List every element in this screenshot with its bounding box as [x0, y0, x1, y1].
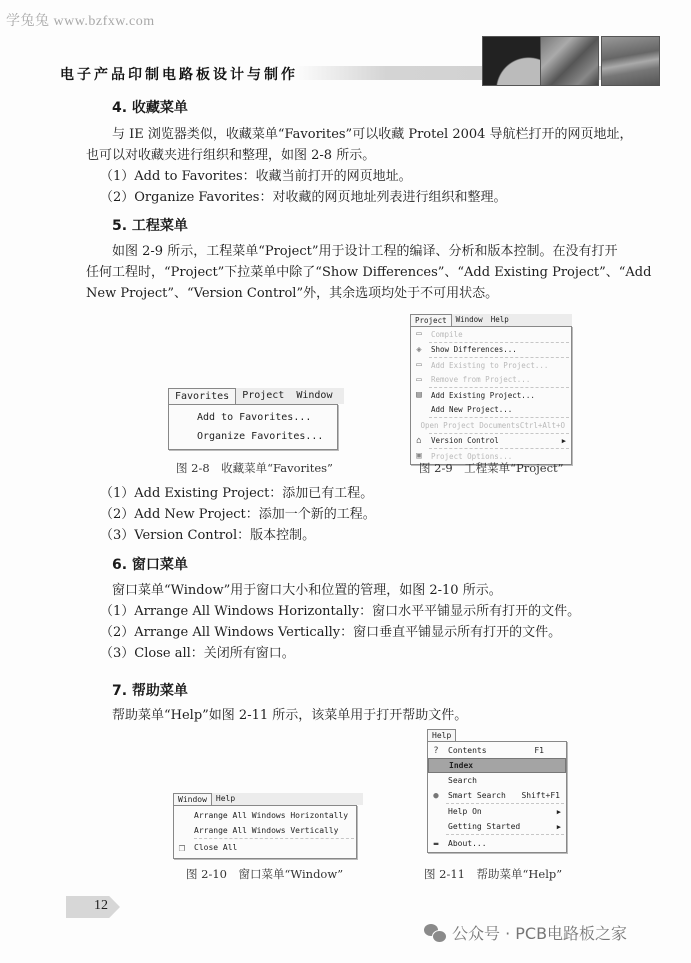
section-4-body: 与 IE 浏览器类似，收藏菜单“Favorites”可以收藏 Protel 20…: [86, 124, 666, 208]
section-5-item-1: （1）Add Existing Project：添加已有工程。: [100, 483, 660, 504]
figure-2-9-project-menu: Project Window Help ▭Compile ◈Show Diffe…: [410, 314, 572, 465]
section-6-item-1: （1）Arrange All Windows Horizontally：窗口水平…: [100, 601, 672, 622]
section-6-item-3: （3）Close all：关闭所有窗口。: [100, 643, 672, 664]
site-watermark: 学兔兔 www.bzfxw.com: [6, 10, 155, 30]
wechat-watermark: 公众号 · PCB电路板之家: [424, 921, 627, 944]
help-dropdown: ?ContentsF1 Index Search ●Smart SearchSh…: [427, 741, 567, 853]
section-6-para: 窗口菜单“Window”用于窗口大小和位置的管理，如图 2-10 所示。: [112, 580, 672, 601]
figure-2-10-window-menu: Window Help Arrange All Windows Horizont…: [173, 793, 363, 859]
section-5-para-line2: 任何工程时，“Project”下拉菜单中除了“Show Differences”…: [86, 262, 666, 283]
menu-item-index[interactable]: Index: [428, 758, 566, 773]
submenu-arrow-icon: ▶: [557, 808, 566, 816]
section-5-item-3: （3）Version Control：版本控制。: [100, 525, 660, 546]
differences-icon: ◈: [411, 345, 427, 355]
book-title: 电子产品印制电路板设计与制作: [60, 64, 298, 84]
menubar: Favorites Project Window: [168, 388, 344, 404]
section-6-heading: 6. 窗口菜单: [112, 554, 188, 574]
figure-2-8-caption: 图 2-8 收藏菜单“Favorites”: [176, 460, 333, 476]
menu-item-organize-favorites[interactable]: Organize Favorites...: [169, 427, 337, 446]
shortcut: Ctrl+Alt+O: [520, 421, 571, 430]
menu-help[interactable]: Help: [487, 314, 513, 326]
satellite-image: [482, 36, 541, 86]
add-existing-project-icon: ▤: [411, 390, 427, 400]
section-4-heading: 4. 收藏菜单: [112, 97, 188, 117]
favorites-dropdown: Add to Favorites... Organize Favorites..…: [168, 404, 338, 450]
menu-item-add-new-project[interactable]: Add New Project...: [411, 403, 571, 418]
menu-item-add-existing-to-project: ▭Add Existing to Project...: [411, 358, 571, 373]
dxp-logo-icon: ▬: [428, 839, 444, 848]
section-4-para-line2: 也可以对收藏夹进行组织和整理，如图 2-8 所示。: [86, 145, 666, 166]
menu-item-help-on[interactable]: Help On▶: [428, 804, 566, 819]
menu-item-remove-from-project: ▭Remove from Project...: [411, 373, 571, 388]
section-5-body: 如图 2-9 所示，工程菜单“Project”用于设计工程的编译、分析和版本控制…: [86, 241, 666, 304]
figure-2-11-help-menu: Help ?ContentsF1 Index Search ●Smart Sea…: [427, 729, 569, 853]
menu-window[interactable]: Window: [173, 793, 212, 805]
menubar: Window Help: [173, 793, 363, 805]
menu-favorites[interactable]: Favorites: [168, 388, 236, 404]
help-book-icon: ?: [428, 746, 444, 756]
menu-window[interactable]: Window: [452, 314, 487, 326]
compile-icon: ▭: [411, 329, 427, 339]
window-dropdown: Arrange All Windows Horizontally Arrange…: [173, 805, 357, 859]
menu-item-contents[interactable]: ?ContentsF1: [428, 743, 566, 758]
section-5-items: （1）Add Existing Project：添加已有工程。 （2）Add N…: [100, 483, 660, 546]
menu-item-arrange-horizontally[interactable]: Arrange All Windows Horizontally: [174, 808, 356, 823]
great-wall-image: [540, 36, 599, 86]
menu-project[interactable]: Project: [236, 388, 290, 404]
figure-2-9-caption: 图 2-9 工程菜单“Project”: [419, 460, 564, 476]
section-5-heading: 5. 工程菜单: [112, 215, 188, 235]
menu-item-getting-started[interactable]: Getting Started▶: [428, 819, 566, 834]
page-number-tab: [66, 896, 120, 918]
smart-search-icon: ●: [428, 791, 444, 801]
add-existing-to-project-icon: ▭: [411, 360, 427, 370]
section-4-item-1: （1）Add to Favorites：收藏当前打开的网页地址。: [86, 166, 666, 187]
section-5-item-2: （2）Add New Project：添加一个新的工程。: [100, 504, 660, 525]
page-number: 12: [94, 898, 108, 914]
close-all-icon: ❐: [174, 841, 190, 854]
menu-item-smart-search[interactable]: ●Smart SearchShift+F1: [428, 788, 566, 803]
figure-2-11-caption: 图 2-11 帮助菜单“Help”: [424, 866, 562, 882]
menu-project[interactable]: Project: [410, 314, 452, 326]
section-6-body: 窗口菜单“Window”用于窗口大小和位置的管理，如图 2-10 所示。 （1）…: [112, 580, 672, 664]
menu-item-version-control[interactable]: ⌂Version Control▶: [411, 434, 571, 449]
bullet-train-image: [601, 36, 660, 86]
menu-item-arrange-vertically[interactable]: Arrange All Windows Vertically: [174, 823, 356, 838]
figure-2-10-caption: 图 2-10 窗口菜单“Window”: [186, 866, 343, 882]
menu-item-add-existing-project[interactable]: ▤Add Existing Project...: [411, 388, 571, 403]
submenu-arrow-icon: ▶: [562, 437, 571, 445]
menu-item-search[interactable]: Search: [428, 773, 566, 788]
section-7-heading: 7. 帮助菜单: [112, 680, 188, 700]
section-5-para-line1: 如图 2-9 所示，工程菜单“Project”用于设计工程的编译、分析和版本控制…: [86, 241, 666, 262]
submenu-arrow-icon: ▶: [557, 823, 566, 831]
menubar: Project Window Help: [410, 314, 572, 326]
section-7-para: 帮助菜单“Help”如图 2-11 所示，该菜单用于打开帮助文件。: [112, 705, 672, 726]
project-dropdown: ▭Compile ◈Show Differences... ▭Add Exist…: [410, 326, 572, 465]
menu-item-compile: ▭Compile: [411, 327, 571, 342]
figure-2-8-favorites-menu: Favorites Project Window Add to Favorite…: [168, 388, 344, 450]
section-4-item-2: （2）Organize Favorites：对收藏的网页地址列表进行组织和整理。: [86, 187, 666, 208]
section-6-item-2: （2）Arrange All Windows Vertically：窗口垂直平铺…: [100, 622, 672, 643]
menu-item-open-project-documents: Open Project DocumentsCtrl+Alt+O: [411, 418, 571, 433]
wechat-icon: [424, 924, 446, 942]
menu-window[interactable]: Window: [290, 388, 338, 404]
section-5-para-line3: New Project”、“Version Control”外，其余选项均处于不…: [86, 283, 666, 304]
menu-help[interactable]: Help: [427, 729, 456, 741]
section-4-para-line1: 与 IE 浏览器类似，收藏菜单“Favorites”可以收藏 Protel 20…: [86, 124, 666, 145]
remove-icon: ▭: [411, 375, 427, 385]
menubar: Help: [427, 729, 569, 741]
menu-item-show-differences[interactable]: ◈Show Differences...: [411, 343, 571, 358]
menu-item-close-all[interactable]: ❐Close All: [174, 839, 356, 856]
menu-item-add-to-favorites[interactable]: Add to Favorites...: [169, 408, 337, 427]
watermark-text: 公众号 · PCB电路板之家: [452, 921, 627, 944]
menu-help[interactable]: Help: [212, 793, 239, 805]
menu-item-about[interactable]: ▬About...: [428, 835, 566, 851]
version-control-icon: ⌂: [411, 436, 427, 446]
